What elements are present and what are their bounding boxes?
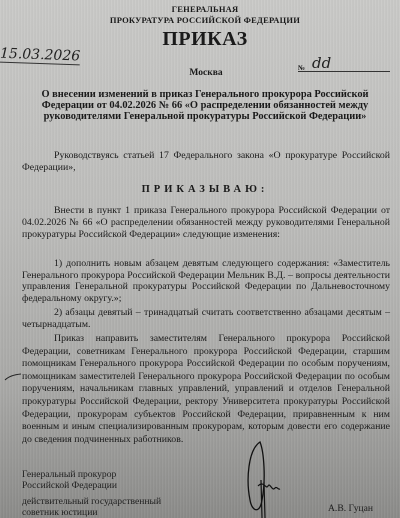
handwritten-signature-icon	[240, 440, 300, 518]
rank-line2: советник юстиции	[22, 508, 161, 518]
margin-pen-mark-icon	[4, 373, 22, 381]
signatory-name: А.В. Гуцан	[328, 503, 373, 514]
item-2-renumbering: 2) абзацы девятый – тринадцатый считать …	[22, 307, 390, 330]
signatory-rank: действительный государственный советник …	[22, 497, 161, 518]
order-heading: ПРИКАЗЫВАЮ:	[0, 184, 400, 195]
organization-name-line2: Прокуратура Российской Федерации	[10, 15, 400, 25]
item-1-new-paragraph: 1) дополнить новым абзацем девятым следу…	[22, 258, 390, 304]
city-label: Москва	[0, 68, 400, 78]
distribution-paragraph: Приказ направить заместителям Генерально…	[22, 333, 390, 446]
preamble-paragraph: Руководствуясь статьей 17 Федерального з…	[22, 150, 390, 174]
paragraph-amendment: Внести в пункт 1 приказа Генерального пр…	[22, 205, 390, 241]
document-subject: О внесении изменений в приказ Генерально…	[40, 89, 370, 122]
position-line2: Российской Федерации	[22, 481, 117, 492]
organization-name-line1: Генеральная	[10, 4, 400, 14]
handwritten-date: 15.03.2026	[0, 46, 80, 66]
position-line1: Генеральный прокурор	[22, 470, 117, 481]
rank-line1: действительный государственный	[22, 497, 161, 508]
signatory-position: Генеральный прокурор Российской Федераци…	[22, 470, 117, 491]
